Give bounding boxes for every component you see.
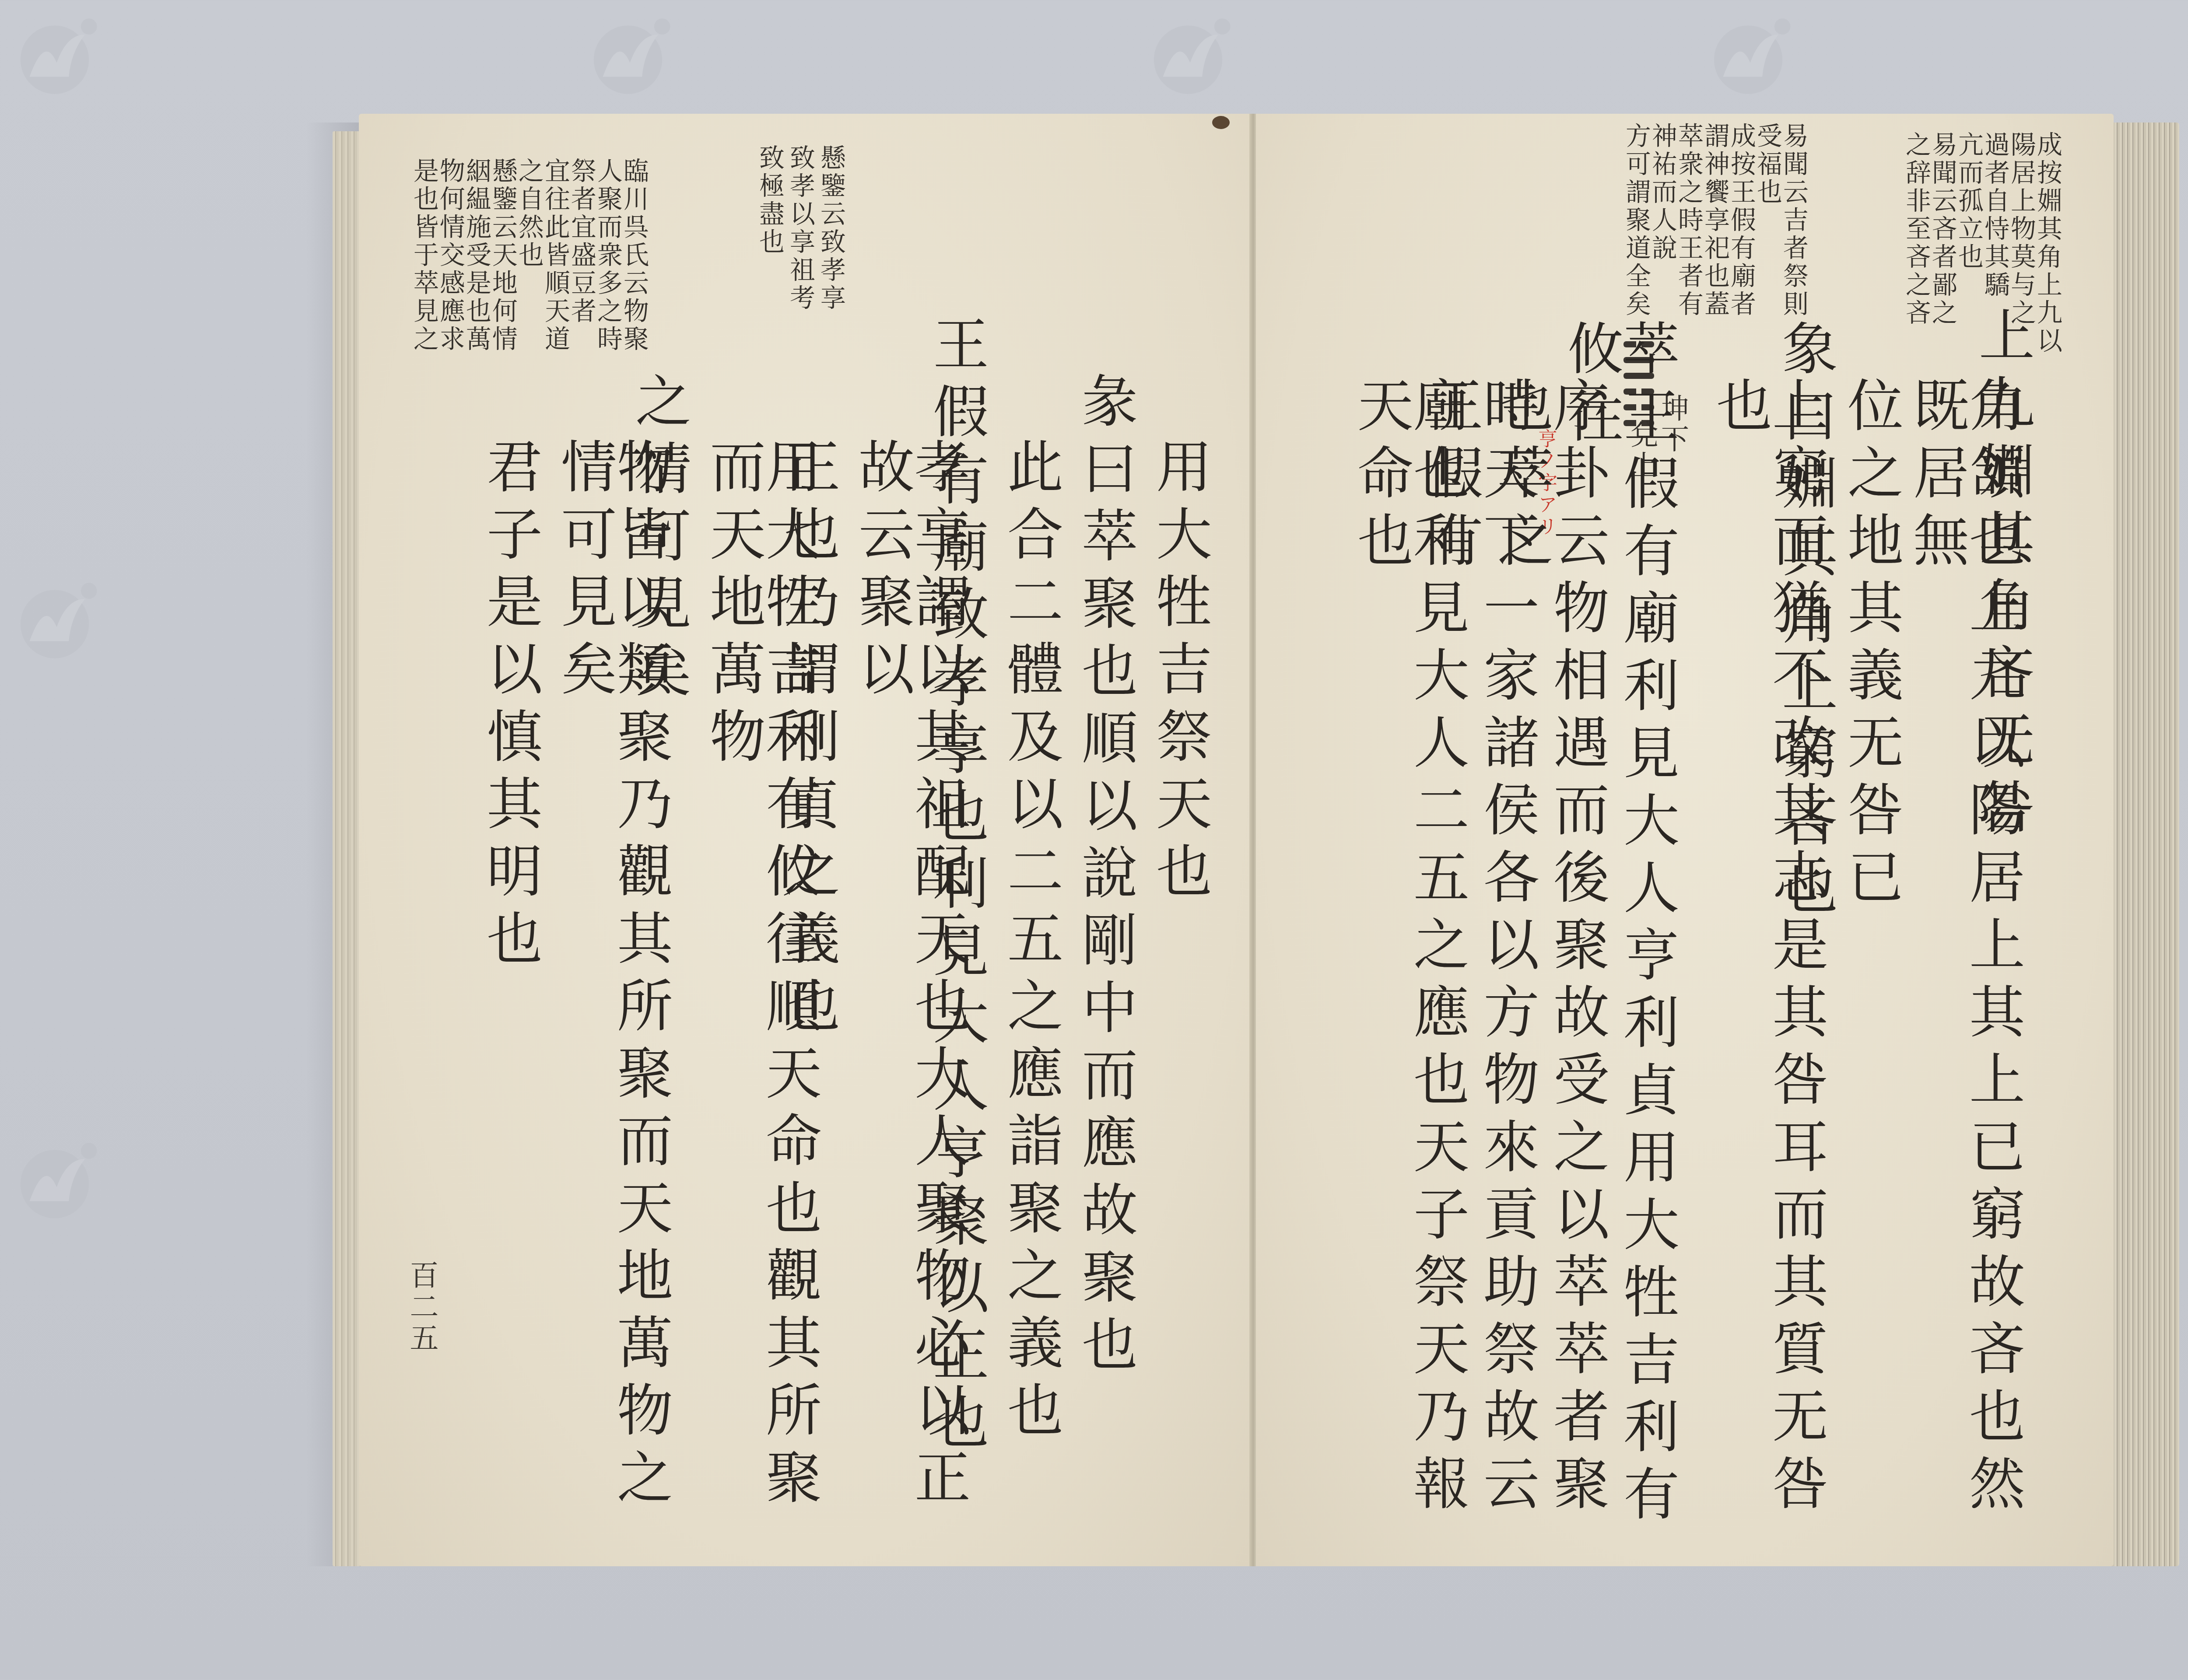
margin-note: 人聚而衆多之時	[595, 157, 621, 353]
margin-note: 臨川呉氏云物聚	[621, 157, 647, 353]
text-column: 角頷也上九以陽居上其上已窮故吝也然既居無	[1908, 376, 2020, 1566]
text-column: 孝享謂以其祖配天也大人聚物必以正故云聚以	[853, 437, 965, 1566]
margin-note: 祭者宜盛豆者	[569, 157, 594, 325]
margin-note: 方可謂聚道全矣	[1623, 122, 1649, 318]
nishogakusha-logo-icon	[1698, 4, 1799, 105]
margin-note: 物何情交感應求	[438, 157, 463, 353]
margin-note: 萃衆之時王者有	[1676, 122, 1701, 318]
margin-note: 之自然也	[516, 157, 542, 269]
nishogakusha-logo-icon	[578, 4, 678, 105]
margin-note: 致極盡也	[757, 144, 782, 256]
nishogakusha-logo-icon	[4, 4, 105, 105]
right-page: 成按婣其角上九以 陽居上物莫与之 過者自恃其驕 亢而孤立也 易聞云吝者鄙之 之辞…	[1256, 114, 2114, 1566]
text-column: 上窮而猶不改其志是其咎耳而其質无咎也	[1711, 376, 1823, 1566]
margin-note: 懸鑒云致孝享	[818, 144, 844, 312]
nishogakusha-logo-icon	[4, 569, 105, 669]
margin-note: 成按王假有廟者	[1729, 122, 1754, 318]
margin-note: 懸鑒云天地何情	[490, 157, 515, 353]
margin-note: 神祐而人說	[1650, 122, 1675, 262]
worm-hole	[1212, 116, 1230, 129]
text-column: 廟也利見大人二五之應也天子祭天乃報天命也	[1352, 376, 1464, 1566]
margin-note: 謂神饗享祀也蓋	[1702, 122, 1728, 318]
text-column: 位之地其義无咎已	[1842, 376, 1898, 915]
page-stack-right	[2109, 122, 2179, 1566]
nishogakusha-logo-icon	[1138, 4, 1238, 105]
open-book: 懸鑒云致孝享 致孝以享祖考 致極盡也 臨川呉氏云物聚 人聚而衆多之時 祭者宜盛豆…	[333, 114, 2188, 1575]
text-column: 用大牲吉利有攸往順天命也觀其所聚而天地萬物	[705, 437, 817, 1566]
margin-note: 絪緼施受是也萬	[464, 157, 489, 353]
text-column: 此合二體及以二五之應詣聚之義也	[1002, 437, 1058, 1448]
margin-note: 易聞云吝者鄙之	[1930, 131, 1955, 327]
nishogakusha-logo-icon	[4, 1129, 105, 1229]
margin-note: 過者自恃其驕	[1982, 131, 2008, 299]
margin-note: 陽居上物莫与之	[2009, 131, 2034, 327]
margin-note: 受福也	[1755, 122, 1780, 206]
text-column: 君子是以慎其明也	[481, 437, 537, 976]
left-page: 懸鑒云致孝享 致孝以享祖考 致極盡也 臨川呉氏云物聚 人聚而衆多之時 祭者宜盛豆…	[359, 114, 1252, 1566]
text-column: 用大牲吉祭天也	[1151, 437, 1207, 909]
margin-note: 是也皆于萃見之	[411, 157, 437, 353]
margin-note: 之辞非至吝之吝	[1904, 131, 1929, 327]
margin-note: 成按婣其角上九以	[2035, 131, 2060, 355]
margin-note: 亢而孤立也	[1956, 131, 1981, 271]
margin-note: 致孝以享祖考	[788, 144, 813, 312]
page-number: 百二五	[407, 1260, 436, 1354]
text-column: 彖曰萃聚也順以說剛中而應故聚也	[1076, 372, 1133, 1382]
margin-note: 宜往此皆順天道	[543, 157, 568, 353]
margin-note: 易聞云吉者祭則	[1781, 122, 1806, 318]
text-column: 物皆以類聚乃觀其所聚而天地萬物之情可見矣	[556, 437, 668, 1566]
